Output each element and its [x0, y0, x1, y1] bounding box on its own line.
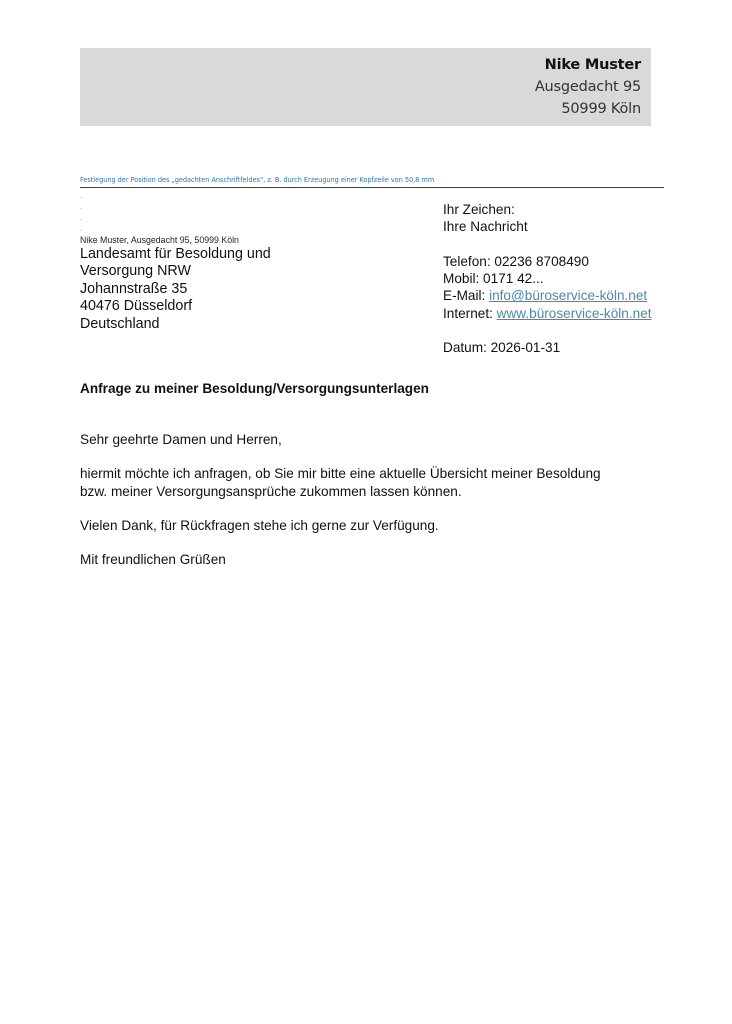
info-block: Ihr Zeichen: Ihre Nachricht Telefon: 022… [443, 201, 652, 357]
letter-paragraph-request: hiermit möchte ich anfragen, ob Sie mir … [80, 465, 601, 501]
ihre-nachricht-label: Ihre Nachricht [443, 218, 652, 235]
recipient-line: 40476 Düsseldorf [80, 298, 271, 315]
datum-label: Datum: [443, 340, 487, 355]
internet-row: Internet: www.büroservice-köln.net [443, 305, 652, 322]
mobil-row: Mobil: 0171 42... [443, 270, 652, 287]
internet-label: Internet: [443, 306, 493, 321]
letterhead-street: Ausgedacht 95 [535, 79, 641, 95]
mobil-value: 0171 42... [483, 271, 543, 286]
letter-paragraph-thanks: Vielen Dank, für Rückfragen stehe ich ge… [80, 517, 439, 535]
email-row: E-Mail: info@büroservice-köln.net [443, 287, 652, 304]
mobil-label: Mobil: [443, 271, 479, 286]
recipient-line: Versorgung NRW [80, 263, 271, 280]
letter-subject: Anfrage zu meiner Besoldung/Versorgungsu… [80, 381, 429, 396]
return-address-line: Nike Muster, Ausgedacht 95, 50999 Köln [80, 235, 239, 245]
recipient-address: Landesamt für Besoldung und Versorgung N… [80, 246, 271, 333]
spacer-dots: . . . . [80, 191, 82, 235]
datum-row: Datum: 2026-01-31 [443, 339, 652, 356]
ihr-zeichen-label: Ihr Zeichen: [443, 201, 652, 218]
spacer-dot: . [80, 191, 82, 202]
address-field-position-note: Festlegung der Position des „gedachten A… [80, 176, 434, 184]
spacer-dot: . [80, 213, 82, 224]
email-label: E-Mail: [443, 288, 485, 303]
email-link[interactable]: info@büroservice-köln.net [489, 288, 647, 303]
letter-closing: Mit freundlichen Grüßen [80, 551, 226, 569]
spacer-dot: . [80, 224, 82, 235]
letter-salutation: Sehr geehrte Damen und Herren, [80, 431, 282, 449]
letterhead: Nike Muster Ausgedacht 95 50999 Köln [80, 48, 651, 126]
letterhead-name: Nike Muster [545, 57, 641, 73]
recipient-line: Landesamt für Besoldung und [80, 246, 271, 263]
spacer-dot: . [80, 202, 82, 213]
datum-value: 2026-01-31 [491, 340, 561, 355]
telefon-value: 02236 8708490 [494, 254, 589, 269]
website-link[interactable]: www.büroservice-köln.net [497, 306, 652, 321]
paragraph-line: bzw. meiner Versorgungsansprüche zukomme… [80, 483, 601, 501]
spacer [443, 322, 652, 339]
telefon-label: Telefon: [443, 254, 491, 269]
paragraph-line: hiermit möchte ich anfragen, ob Sie mir … [80, 465, 601, 483]
header-divider [80, 187, 664, 188]
letterhead-city: 50999 Köln [561, 101, 641, 117]
recipient-line: Johannstraße 35 [80, 281, 271, 298]
telefon-row: Telefon: 02236 8708490 [443, 253, 652, 270]
spacer [443, 236, 652, 253]
recipient-line: Deutschland [80, 316, 271, 333]
